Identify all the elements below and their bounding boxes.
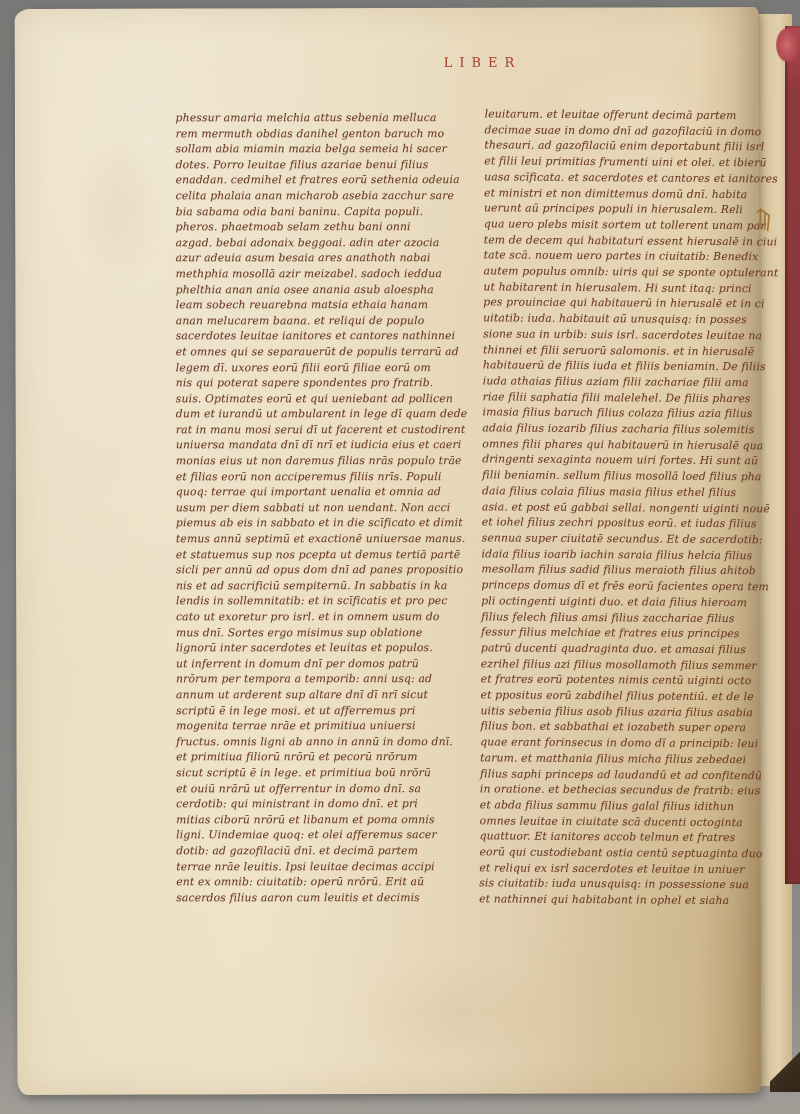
manuscript-line: ut inferrent in domum dnī per domos patr… xyxy=(176,656,464,672)
manuscript-line: et omnes qui se separauerūt de populis t… xyxy=(176,344,464,360)
manuscript-line: sicli per annū ad opus dom dnī ad panes … xyxy=(176,562,464,578)
manuscript-line: mogenita terrae nrāe et primitiua uniuer… xyxy=(176,718,464,734)
manuscript-line: fructus. omnis ligni ab anno in annū in … xyxy=(176,734,464,750)
manuscript-line: et nathinnei qui habitabant in ophel et … xyxy=(479,891,779,909)
manuscript-line: dotes. Porro leuitae filius azariae benu… xyxy=(176,157,464,173)
manuscript-line: suis. Optimates eorū et qui ueniebant ad… xyxy=(176,391,464,407)
manuscript-line: anan melucarem baana. et reliqui de popu… xyxy=(176,313,464,329)
manuscript-line: azur adeuia asum besaia ares anathoth na… xyxy=(176,250,464,266)
manuscript-line: mitias ciborū nrōrū et libanum et poma o… xyxy=(176,812,464,828)
manuscript-line: iuda athaias filius aziam filii zacharia… xyxy=(483,373,783,391)
manuscript-line: phelthia anan ania osee anania asub aloe… xyxy=(176,282,464,298)
manuscript-line: methphia mosollā azir meizabel. sadoch i… xyxy=(176,266,464,282)
manuscript-line: legem dī. uxores eorū filii eorū filiae … xyxy=(176,360,464,376)
manuscript-line: rem mermuth obdias danihel genton baruch… xyxy=(176,126,464,142)
manuscript-line: annum ut arderent sup altare dnī dī nrī … xyxy=(176,687,464,703)
manuscript-line: sicut scriptū ē in lege. et primitiua bo… xyxy=(176,765,464,781)
manuscript-line: sacerdotes leuitae ianitores et cantores… xyxy=(176,328,464,344)
manuscript-line: piemus ab eis in sabbato et in die scīfi… xyxy=(176,515,464,531)
manuscript-line: et statuemus sup nos pcepta ut demus ter… xyxy=(176,547,464,563)
manuscript-line: uniuersa mandata dnī dī nrī et iudicia e… xyxy=(176,438,464,454)
manuscript-line: scriptū ē in lege mosi. et ut afferremus… xyxy=(176,703,464,719)
manuscript-line: tarum. et matthania filius micha filius … xyxy=(480,750,780,768)
manuscript-line: enaddan. cedmihel et fratres eorū sethen… xyxy=(176,172,464,188)
manuscript-line: usum per diem sabbati ut non uendant. No… xyxy=(176,500,464,516)
manuscript-line: nrōrum per tempora a temporib: anni usq:… xyxy=(176,671,464,687)
manuscript-line: pli octingenti uiginti duo. et daia fili… xyxy=(481,593,781,611)
running-title: LIBER xyxy=(444,56,522,71)
manuscript-page: LIBER phessur amaria melchia attus seben… xyxy=(15,7,762,1095)
manuscript-line: adaia filius iozarib filius zacharia fil… xyxy=(482,420,782,438)
text-column-right: leuitarum. et leuitae offerunt decimā pa… xyxy=(479,106,785,909)
manuscript-line: eorū qui custodiebant ostia centū septua… xyxy=(479,844,779,862)
manuscript-line: sennua super ciuitatē secundus. Et de sa… xyxy=(482,530,782,548)
manuscript-line: azgad. bebai adonaix beggoai. adin ater … xyxy=(176,235,464,251)
red-fore-edge-highlight xyxy=(776,28,798,62)
manuscript-line: nis et ad sacrificiū sempiternū. In sabb… xyxy=(176,578,464,594)
manuscript-line: cato ut exoretur pro isrl. et in omnem u… xyxy=(176,609,464,625)
manuscript-line: uasa scīficata. et sacerdotes et cantore… xyxy=(484,169,784,187)
manuscript-line: quae erant forinsecus in domo dī a princ… xyxy=(480,734,780,752)
parchment-stain xyxy=(75,129,165,289)
manuscript-line: daia filius colaia filius masia filius e… xyxy=(482,483,782,501)
manuscript-line: sollam abia miamin mazia belga semeia hi… xyxy=(176,141,464,157)
manuscript-line: leam sobech reuarebna matsia ethaia hana… xyxy=(176,297,464,313)
manuscript-line: uitatib: iuda. habitauit aū unusquisq: i… xyxy=(483,310,783,328)
manuscript-line: et filias eorū non acciperemus filiis nr… xyxy=(176,469,464,485)
page-fold-shadow xyxy=(770,1048,800,1092)
manuscript-line: autem populus omnib: uiris qui se sponte… xyxy=(483,263,783,281)
text-column-left: phessur amaria melchia attus sebenia mel… xyxy=(176,110,465,906)
manuscript-line: sione sua in urbib: suis isrl. sacerdote… xyxy=(483,326,783,344)
manuscript-line: quoq: terrae qui important uenalia et om… xyxy=(176,484,464,500)
manuscript-line: nis qui poterat sapere spondentes pro fr… xyxy=(176,375,464,391)
manuscript-line: rat in manu mosi serui dī ut facerent et… xyxy=(176,422,464,438)
nota-glyph xyxy=(755,207,771,233)
manuscript-line: monias eius ut non daremus filias nrās p… xyxy=(176,453,464,469)
manuscript-line: et abda filius sammu filius galal filius… xyxy=(480,797,780,815)
parchment-stain xyxy=(347,958,567,1069)
manuscript-line: celita phalaia anan micharob asebia zacc… xyxy=(176,188,464,204)
manuscript-line: lendis in sollemnitatib: et in scīficati… xyxy=(176,593,464,609)
manuscript-line: lignorū inter sacerdotes et leuitas et p… xyxy=(176,640,464,656)
manuscript-line: pheros. phaetmoab selam zethu bani onni xyxy=(176,219,464,235)
manuscript-line: et primitiua filiorū nrōrū et pecorū nrō… xyxy=(176,749,464,765)
red-fore-edge xyxy=(785,26,800,884)
manuscript-line: et ouiū nrārū ut offerrentur in domo dnī… xyxy=(176,781,464,797)
manuscript-line: phessur amaria melchia attus sebenia mel… xyxy=(176,110,464,126)
manuscript-line: mus dnī. Sortes ergo misimus sup oblatio… xyxy=(176,625,464,641)
manuscript-line: dotib: ad gazofilaciū dnī. et decimā par… xyxy=(176,843,464,859)
manuscript-line: temus annū septimū et exactionē uniuersa… xyxy=(176,531,464,547)
margin-nota-mark xyxy=(755,207,771,237)
manuscript-line: sacerdos filius aaron cum leuitis et dec… xyxy=(176,890,464,906)
manuscript-line: qua uero plebs misit sortem ut tollerent… xyxy=(484,216,784,234)
manuscript-line: et ppositus eorū zabdihel filius potenti… xyxy=(481,687,781,705)
manuscript-line: bia sabama odia bani baninu. Capita popu… xyxy=(176,204,464,220)
manuscript-line: ligni. Uindemiae quoq: et olei afferemus… xyxy=(176,827,464,843)
manuscript-line: filii beniamin. sellum filius mosollā lo… xyxy=(482,467,782,485)
manuscript-line: patrū ducenti quadraginta duo. et amasai… xyxy=(481,640,781,658)
manuscript-line: et filii leui primitias frumenti uini et… xyxy=(484,153,784,171)
manuscript-line: terrae nrāe leuitis. Ipsi leuitae decima… xyxy=(176,859,464,875)
manuscript-line: ent ex omnib: ciuitatib: operū nrōrū. Er… xyxy=(176,874,464,890)
photo-background: LIBER phessur amaria melchia attus seben… xyxy=(0,0,800,1114)
manuscript-line: leuitarum. et leuitae offerunt decimā pa… xyxy=(485,106,785,124)
manuscript-line: cerdotib: qui ministrant in domo dnī. et… xyxy=(176,796,464,812)
manuscript-line: dum et iurandū ut ambularent in lege dī … xyxy=(176,406,464,422)
manuscript-line: princeps domus dī et frēs eorū facientes… xyxy=(481,577,781,595)
